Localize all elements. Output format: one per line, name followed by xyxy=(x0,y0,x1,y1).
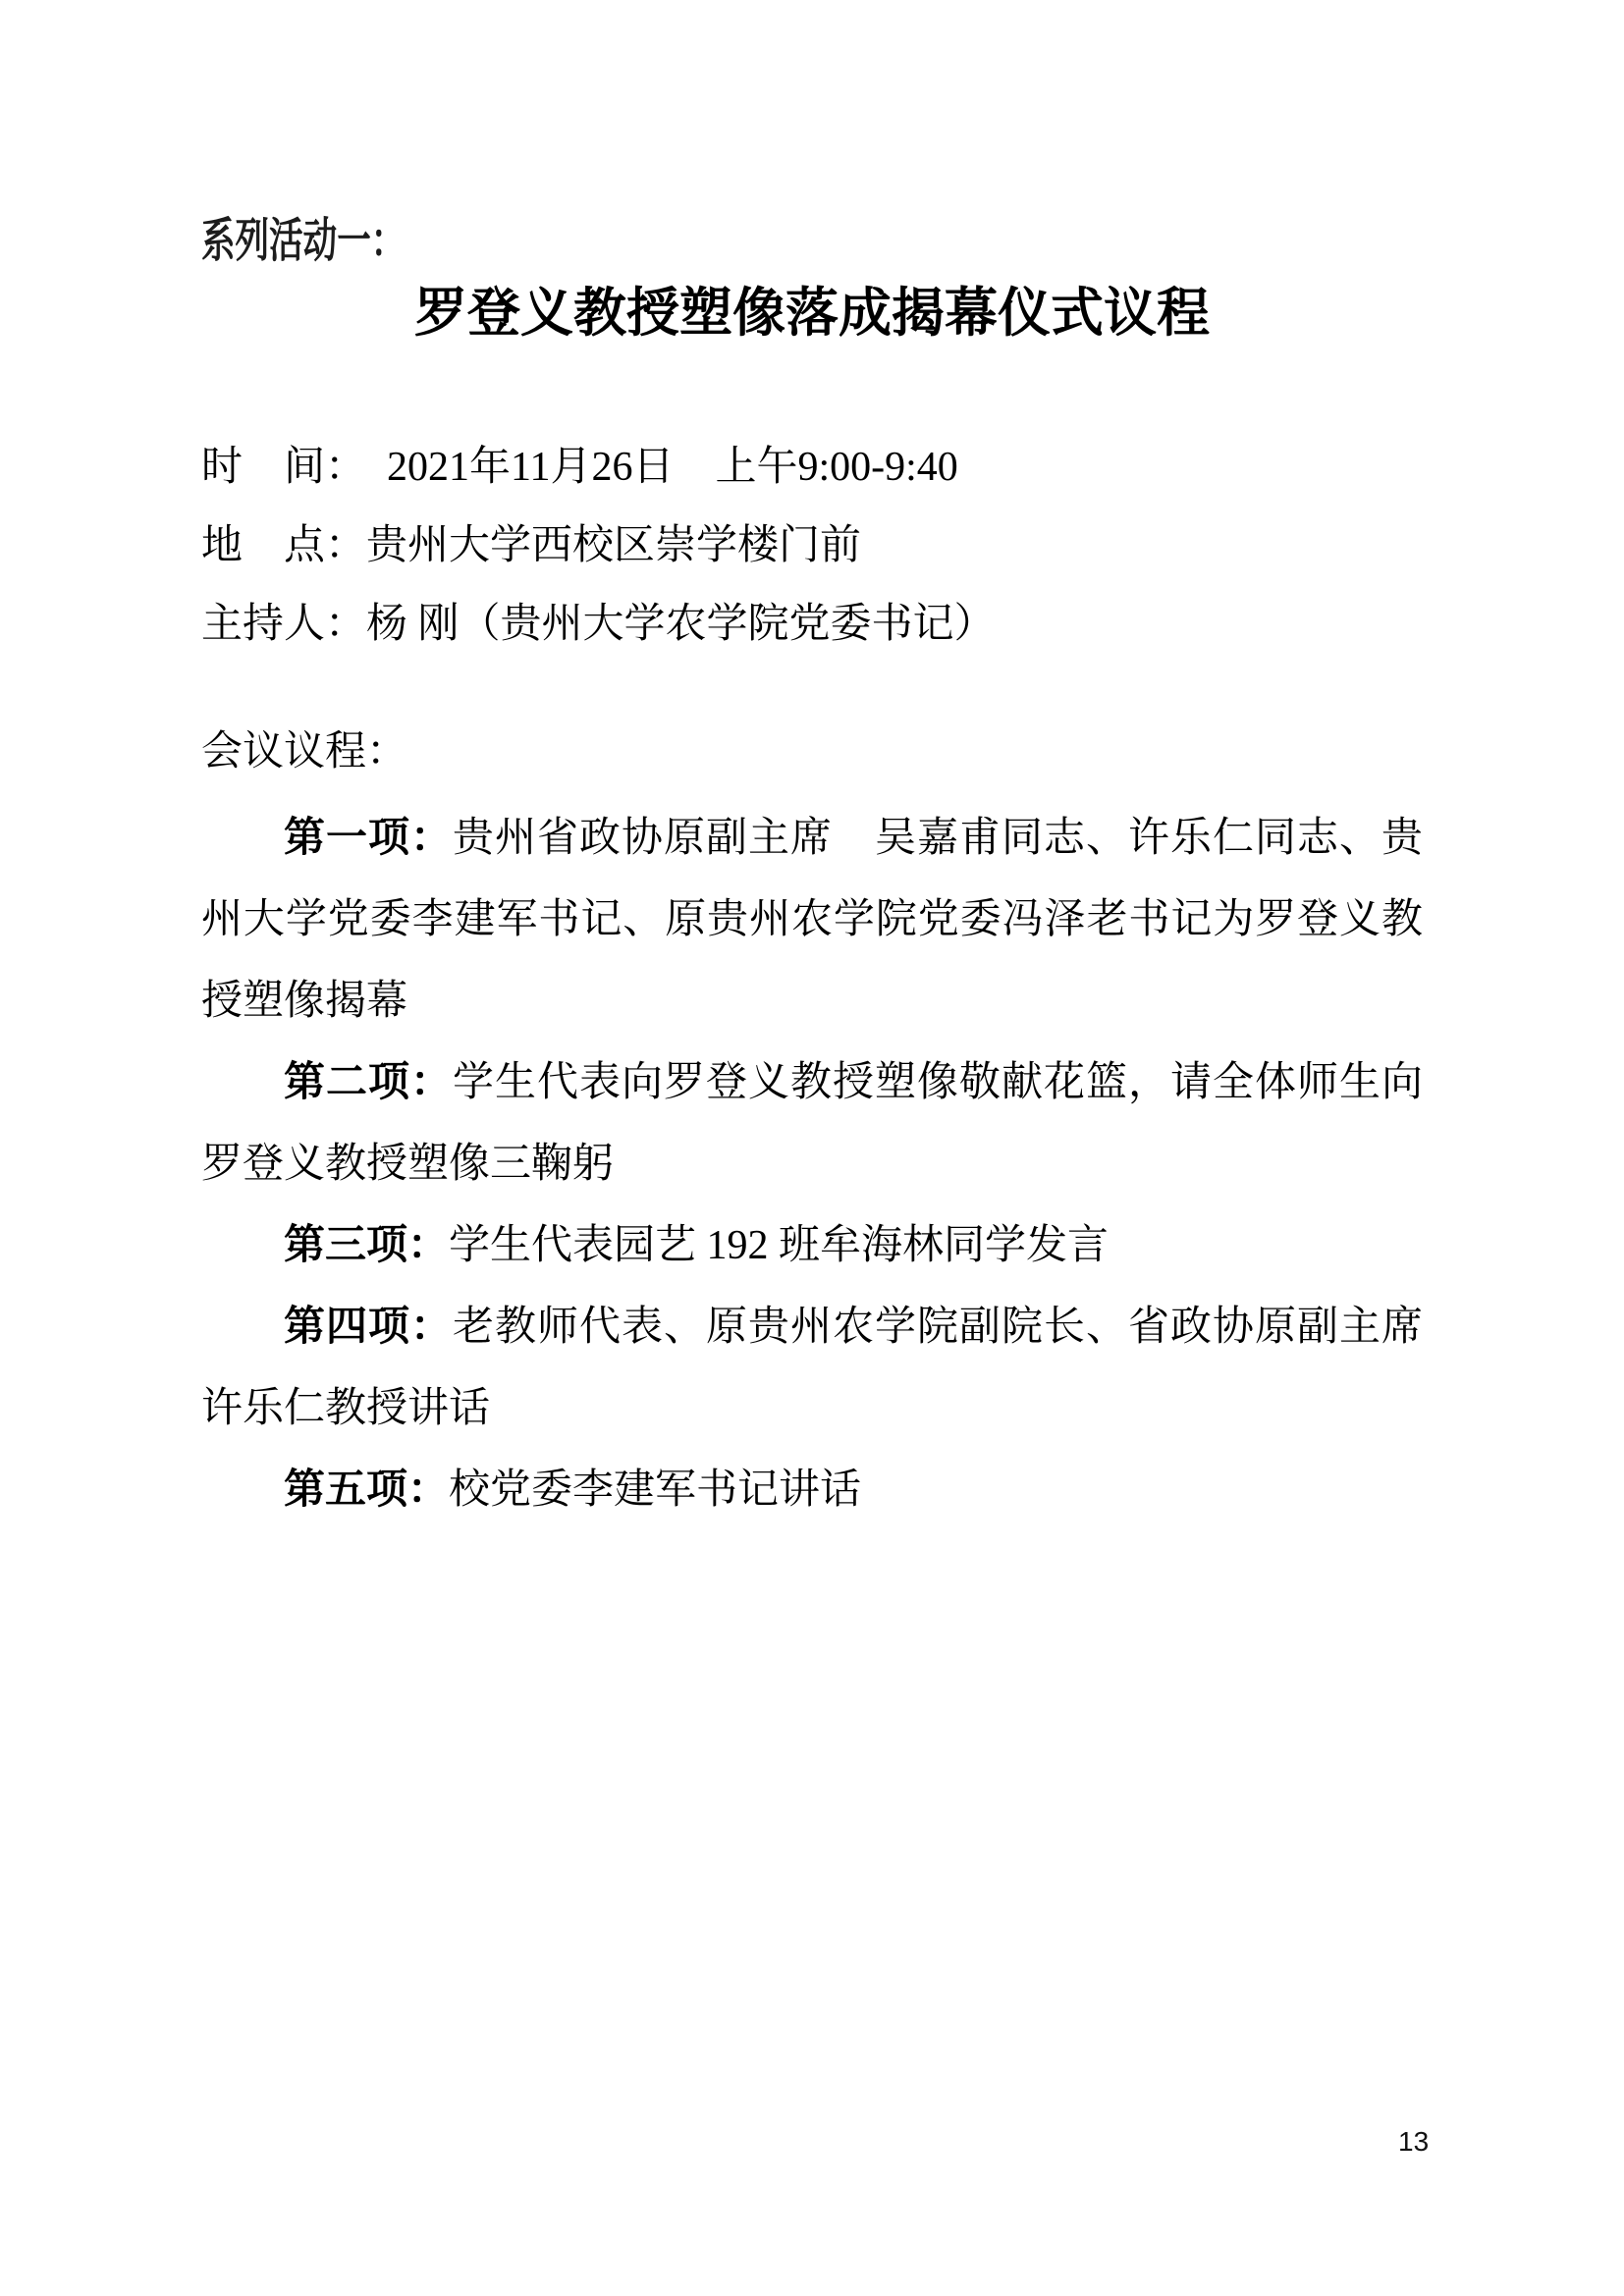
agenda-item-2: 第二项：学生代表向罗登义教授塑像敬献花篮，请全体师生向罗登义教授塑像三鞠躬 xyxy=(201,1042,1423,1205)
meta-label-time: 时 间： xyxy=(201,445,346,490)
agenda-item-4: 第四项：老教师代表、原贵州农学院副院长、省政协原副主席许乐仁教授讲话 xyxy=(201,1287,1423,1450)
meta-row-host: 主持人：杨 刚（贵州大学农学院党委书记） xyxy=(201,585,996,664)
meta-label-place: 地 点： xyxy=(201,523,366,568)
agenda-item-5-label: 第五项： xyxy=(284,1468,449,1513)
meta-block: 时 间： 2021年11月26日 上午9:00-9:40 地 点：贵州大学西校区… xyxy=(201,428,996,664)
meta-label-host: 主持人： xyxy=(201,602,366,647)
agenda-item-1: 第一项：贵州省政协原副主席 吴嘉甫同志、许乐仁同志、贵州大学党委李建军书记、原贵… xyxy=(201,798,1423,1042)
agenda-item-3: 第三项：学生代表园艺 192 班牟海林同学发言 xyxy=(201,1205,1423,1287)
agenda-item-3-text: 学生代表园艺 192 班牟海林同学发言 xyxy=(449,1223,1109,1268)
page-title: 罗登义教授塑像落成揭幕仪式议程 xyxy=(201,271,1423,347)
agenda-item-5-text: 校党委李建军书记讲话 xyxy=(449,1468,861,1513)
page-number: 13 xyxy=(1398,2126,1429,2158)
agenda-item-3-label: 第三项： xyxy=(284,1223,449,1268)
meta-value-place: 贵州大学西校区崇学楼门前 xyxy=(366,523,861,568)
agenda-item-1-label: 第一项： xyxy=(284,816,453,861)
agenda-item-5: 第五项：校党委李建军书记讲话 xyxy=(201,1450,1423,1531)
agenda-heading: 会议议程： xyxy=(201,713,407,791)
agenda-item-2-label: 第二项： xyxy=(284,1060,453,1105)
meta-value-time: 2021年11月26日 上午9:00-9:40 xyxy=(346,445,958,490)
agenda-item-4-label: 第四项： xyxy=(284,1305,453,1350)
meta-row-place: 地 点：贵州大学西校区崇学楼门前 xyxy=(201,507,996,585)
series-label: 系列活动一： xyxy=(201,202,405,270)
document-page: 系列活动一： 罗登义教授塑像落成揭幕仪式议程 时 间： 2021年11月26日 … xyxy=(0,0,1624,2296)
meta-value-host: 杨 刚（贵州大学农学院党委书记） xyxy=(366,602,996,647)
agenda-list: 第一项：贵州省政协原副主席 吴嘉甫同志、许乐仁同志、贵州大学党委李建军书记、原贵… xyxy=(201,798,1423,1531)
meta-row-time: 时 间： 2021年11月26日 上午9:00-9:40 xyxy=(201,428,996,507)
